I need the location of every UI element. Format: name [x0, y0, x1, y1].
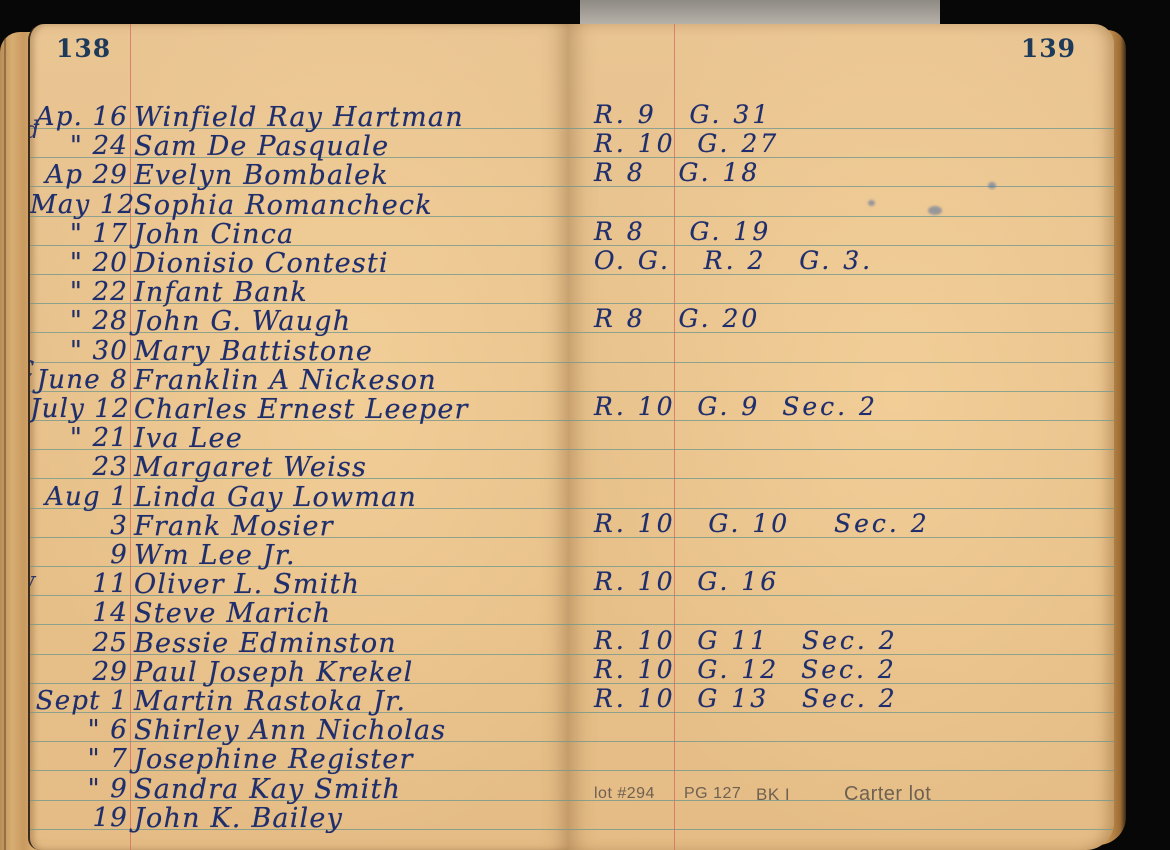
pencil-book: BK I	[756, 785, 790, 805]
grave-location: R. 10 G. 12 Sec. 2	[594, 657, 897, 682]
entry-date: 29	[30, 659, 128, 685]
rule-line	[568, 449, 1114, 450]
entry-name: Martin Rastoka Jr.	[134, 688, 406, 715]
paper-slip	[580, 0, 940, 26]
entry-name: Winfield Ray Hartman	[134, 104, 464, 131]
grave-location: O. G. R. 2 G. 3.	[594, 248, 873, 273]
rule-line	[568, 362, 1114, 363]
entry-date: " 17	[30, 221, 128, 247]
entry-date: Ap 29	[30, 162, 128, 188]
margin-mark: x	[28, 272, 30, 293]
entry-name: Frank Mosier	[134, 513, 334, 540]
entry-name: Sophia Romancheck	[134, 192, 433, 219]
entry-date: May 12	[30, 192, 128, 218]
entry-name: Franklin A Nickeson	[134, 367, 437, 394]
ledger-photo: 138 Ap. 16Winfield Ray Hartman" 24Sam De…	[0, 0, 1170, 850]
grave-location: R 8 G. 20	[594, 306, 760, 331]
entry-name: John G. Waugh	[134, 308, 351, 335]
entry-name: John Cinca	[134, 221, 294, 248]
right-page: 139 R. 9 G. 31R. 10 G. 27R 8 G. 18R 8 G.…	[568, 24, 1114, 850]
grave-location: R. 10 G. 9 Sec. 2	[594, 394, 878, 419]
entry-date: " 22	[30, 279, 128, 305]
entry-date: 11	[30, 571, 128, 597]
entry-date: " 21	[30, 425, 128, 451]
entry-name: Mary Battistone	[134, 338, 373, 365]
entry-name: Dionisio Contesti	[134, 250, 389, 277]
entry-name: Sam De Pasquale	[134, 133, 389, 160]
pencil-lot: lot #294	[594, 785, 655, 803]
margin-mark: C	[28, 356, 34, 384]
entry-name: John K. Bailey	[134, 805, 343, 832]
margin-mark: W	[28, 572, 35, 600]
entry-name: Bessie Edminston	[134, 630, 397, 657]
pencil-remark: Carter lot	[844, 783, 931, 806]
red-margin-line	[130, 24, 131, 850]
entry-date: 23	[30, 454, 128, 480]
ink-stain	[928, 206, 942, 215]
entry-date: Aug 1	[30, 484, 128, 510]
rule-line	[568, 478, 1114, 479]
page-number-right: 139	[1021, 34, 1076, 63]
entry-date: " 6	[30, 717, 128, 743]
entry-date: " 9	[30, 776, 128, 802]
ink-stain	[868, 200, 875, 206]
entry-date: " 24	[30, 133, 128, 159]
entry-name: Infant Bank	[134, 279, 308, 306]
entry-name: Wm Lee Jr.	[134, 542, 296, 569]
entry-name: Charles Ernest Leeper	[134, 396, 469, 423]
entry-name: Shirley Ann Nicholas	[134, 717, 446, 744]
entry-date: 3	[30, 513, 128, 539]
grave-location: R. 10 G. 10 Sec. 2	[594, 511, 930, 536]
entry-date: 25	[30, 630, 128, 656]
entry-date: " 7	[30, 746, 128, 772]
entry-date: " 28	[30, 308, 128, 334]
entry-name: Sandra Kay Smith	[134, 776, 401, 803]
page-number-left: 138	[56, 34, 111, 63]
entry-name: Oliver L. Smith	[134, 571, 360, 598]
entry-date: Sept 1	[30, 688, 128, 714]
entry-name: Steve Marich	[134, 600, 331, 627]
left-page: 138 Ap. 16Winfield Ray Hartman" 24Sam De…	[28, 24, 570, 850]
margin-mark: d	[28, 116, 39, 144]
rule-line	[568, 741, 1114, 742]
entry-date: 14	[30, 600, 128, 626]
entry-date: July 12	[30, 396, 128, 422]
grave-location: R. 10 G 13 Sec. 2	[594, 686, 898, 711]
grave-location: R 8 G. 18	[594, 160, 760, 185]
entry-name: Josephine Register	[134, 746, 414, 773]
grave-location: R. 10 G 11 Sec. 2	[594, 628, 898, 653]
entry-date: 19	[30, 805, 128, 831]
entry-name: Paul Joseph Krekel	[134, 659, 413, 686]
grave-location: R. 10 G. 16	[594, 569, 779, 594]
rule-line	[568, 770, 1114, 771]
entry-date: June 8	[30, 367, 128, 393]
entry-date: Ap. 16	[30, 104, 128, 130]
entry-name: Margaret Weiss	[134, 454, 367, 481]
entry-date: 9	[30, 542, 128, 568]
entry-date: " 30	[30, 338, 128, 364]
ink-stain	[988, 182, 996, 189]
grave-location: R 8 G. 19	[594, 219, 771, 244]
entry-date: " 20	[30, 250, 128, 276]
grave-location: R. 9 G. 31	[594, 102, 771, 127]
grave-location: R. 10 G. 27	[594, 131, 779, 156]
entry-name: Iva Lee	[134, 425, 243, 452]
entry-name: Evelyn Bombalek	[134, 162, 389, 189]
rule-line	[568, 829, 1114, 830]
entry-name: Linda Gay Lowman	[134, 484, 417, 511]
pencil-page: PG 127	[684, 785, 741, 803]
